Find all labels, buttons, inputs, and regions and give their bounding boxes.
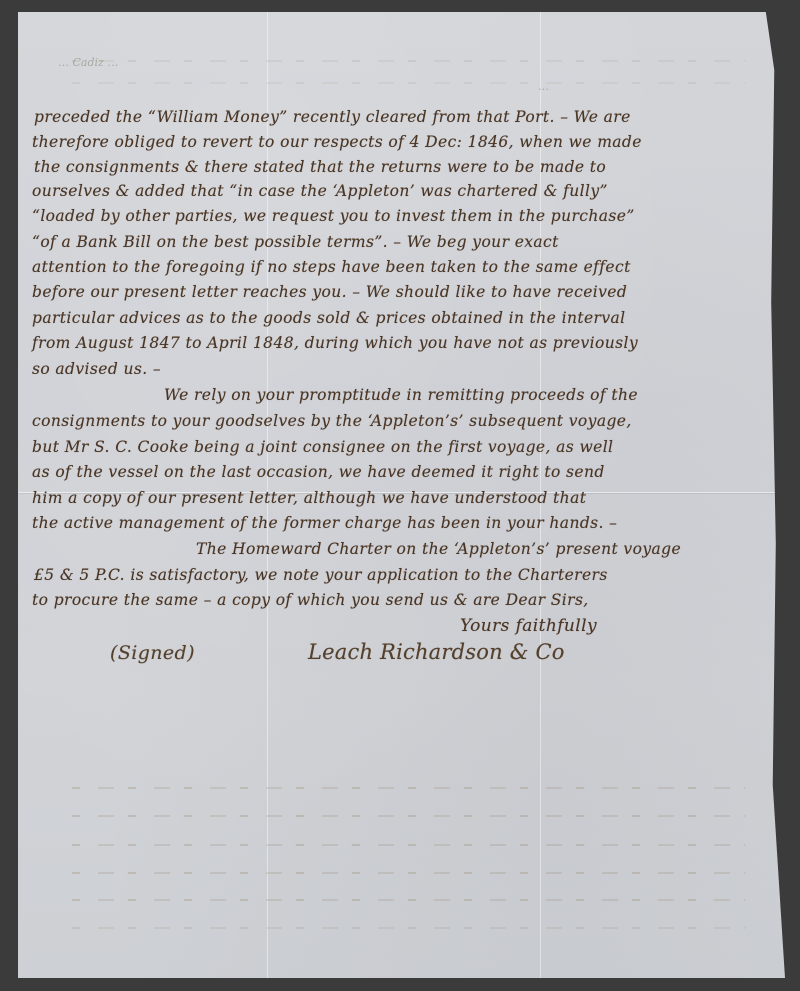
- letter-line: the active management of the former char…: [32, 514, 617, 532]
- show-through-ink: [57, 872, 745, 874]
- scanned-page: … Cadiz … … preceded the “William Money”…: [0, 0, 800, 991]
- show-through-ink: [57, 787, 745, 789]
- letter-paper: … Cadiz … … preceded the “William Money”…: [18, 12, 785, 978]
- letter-line: from August 1847 to April 1848, during w…: [32, 334, 638, 352]
- letter-line: “of a Bank Bill on the best possible ter…: [32, 233, 559, 251]
- letter-line: to procure the same – a copy of which yo…: [32, 591, 589, 609]
- letter-closing: Yours faithfully: [460, 616, 597, 636]
- letter-line: therefore obliged to revert to our respe…: [32, 133, 642, 151]
- faint-header-mark: …: [538, 80, 549, 93]
- letter-line: consignments to your goodselves by the ‘…: [32, 412, 632, 430]
- letter-line: him a copy of our present letter, althou…: [32, 489, 586, 507]
- show-through-ink: [57, 82, 745, 84]
- letter-line: particular advices as to the goods sold …: [32, 309, 626, 327]
- letter-line: so advised us. –: [32, 360, 161, 378]
- letter-line: attention to the foregoing if no steps h…: [32, 258, 631, 276]
- signature: Leach Richardson & Co: [308, 640, 565, 664]
- letter-line: The Homeward Charter on the ‘Appleton’s’…: [196, 540, 681, 558]
- show-through-ink: [57, 927, 745, 929]
- letter-line: but Mr S. C. Cooke being a joint consign…: [32, 438, 613, 456]
- letter-line: as of the vessel on the last occasion, w…: [32, 463, 605, 481]
- letter-line: preceded the “William Money” recently cl…: [34, 108, 631, 126]
- show-through-ink: [57, 899, 745, 901]
- letter-line: before our present letter reaches you. –…: [32, 283, 627, 301]
- letter-line: the consignments & there stated that the…: [34, 158, 606, 176]
- show-through-ink: [57, 844, 745, 846]
- letter-line: We rely on your promptitude in remitting…: [164, 386, 638, 404]
- faint-header-mark: … Cadiz …: [58, 56, 118, 69]
- signed-label: (Signed): [110, 642, 195, 664]
- show-through-ink: [57, 815, 745, 817]
- show-through-ink: [57, 60, 745, 62]
- letter-line: £5 & 5 P.C. is satisfactory, we note you…: [34, 566, 608, 584]
- letter-line: “loaded by other parties, we request you…: [32, 207, 635, 225]
- letter-line: ourselves & added that “in case the ‘App…: [32, 182, 608, 200]
